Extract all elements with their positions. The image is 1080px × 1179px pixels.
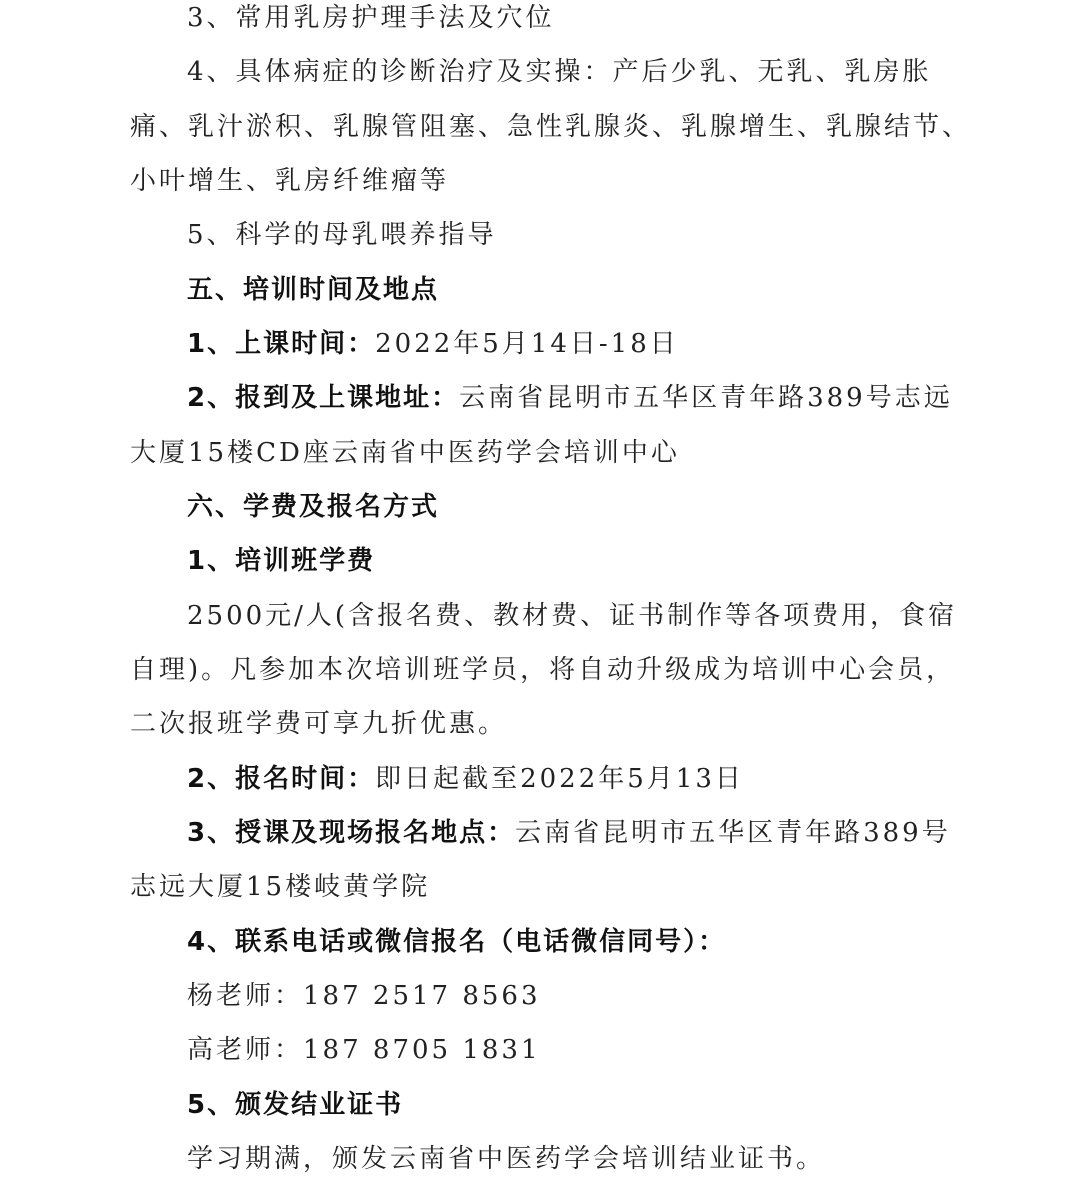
course-item-4-line3: 小叶增生、乳房纤维瘤等 xyxy=(130,161,960,201)
course-item-4-line2: 痛、乳汁淤积、乳腺管阻塞、急性乳腺炎、乳腺增生、乳腺结节、 xyxy=(130,107,960,147)
class-time-label: 1、上课时间： xyxy=(187,329,375,359)
section-5-heading: 五、培训时间及地点 xyxy=(187,270,1017,310)
class-time: 1、上课时间：2022年5月14日-18日 xyxy=(187,324,1017,364)
registration-place-label: 3、授课及现场报名地点： xyxy=(187,818,515,848)
registration-time-value: 即日起截至2022年5月13日 xyxy=(375,764,744,794)
fee-line2: 自理)。凡参加本次培训班学员，将自动升级成为培训中心会员， xyxy=(130,650,960,690)
document-page: 3、常用乳房护理手法及穴位 4、具体病症的诊断治疗及实操：产后少乳、无乳、乳房胀… xyxy=(0,0,1080,1179)
registration-place-line1: 3、授课及现场报名地点：云南省昆明市五华区青年路389号 xyxy=(187,813,1017,853)
registration-place-value-line2: 志远大厦15楼岐黄学院 xyxy=(130,867,960,907)
address-label: 2、报到及上课地址： xyxy=(187,383,459,413)
class-time-value: 2022年5月14日-18日 xyxy=(375,329,679,359)
certificate-heading: 5、颁发结业证书 xyxy=(187,1085,1017,1125)
teacher-name: 杨老师： xyxy=(187,981,303,1011)
section-6-heading: 六、学费及报名方式 xyxy=(187,487,1017,527)
course-item-4-line1: 4、具体病症的诊断治疗及实操：产后少乳、无乳、乳房胀 xyxy=(187,52,1017,92)
course-item-5: 5、科学的母乳喂养指导 xyxy=(187,215,1017,255)
registration-place-value-line1: 云南省昆明市五华区青年路389号 xyxy=(515,818,951,848)
address-value-line2: 大厦15楼CD座云南省中医药学会培训中心 xyxy=(130,433,960,473)
fee-line1: 2500元/人(含报名费、教材费、证书制作等各项费用，食宿 xyxy=(187,596,1017,636)
address-value-line1: 云南省昆明市五华区青年路389号志远 xyxy=(459,383,953,413)
registration-time-label: 2、报名时间： xyxy=(187,764,375,794)
contact-teacher-gao: 高老师：187 8705 1831 xyxy=(187,1030,1017,1070)
teacher-phone: 187 8705 1831 xyxy=(303,1035,541,1065)
fee-heading: 1、培训班学费 xyxy=(187,541,1017,581)
contact-heading: 4、联系电话或微信报名（电话微信同号）： xyxy=(187,922,1017,962)
address-line1: 2、报到及上课地址：云南省昆明市五华区青年路389号志远 xyxy=(187,378,1017,418)
contact-teacher-yang: 杨老师：187 2517 8563 xyxy=(187,976,1017,1016)
course-item-3: 3、常用乳房护理手法及穴位 xyxy=(187,0,1017,38)
teacher-phone: 187 2517 8563 xyxy=(303,981,541,1011)
registration-time: 2、报名时间：即日起截至2022年5月13日 xyxy=(187,759,1017,799)
teacher-name: 高老师： xyxy=(187,1035,303,1065)
certificate-text: 学习期满，颁发云南省中医药学会培训结业证书。 xyxy=(187,1139,1017,1179)
fee-line3: 二次报班学费可享九折优惠。 xyxy=(130,704,960,744)
